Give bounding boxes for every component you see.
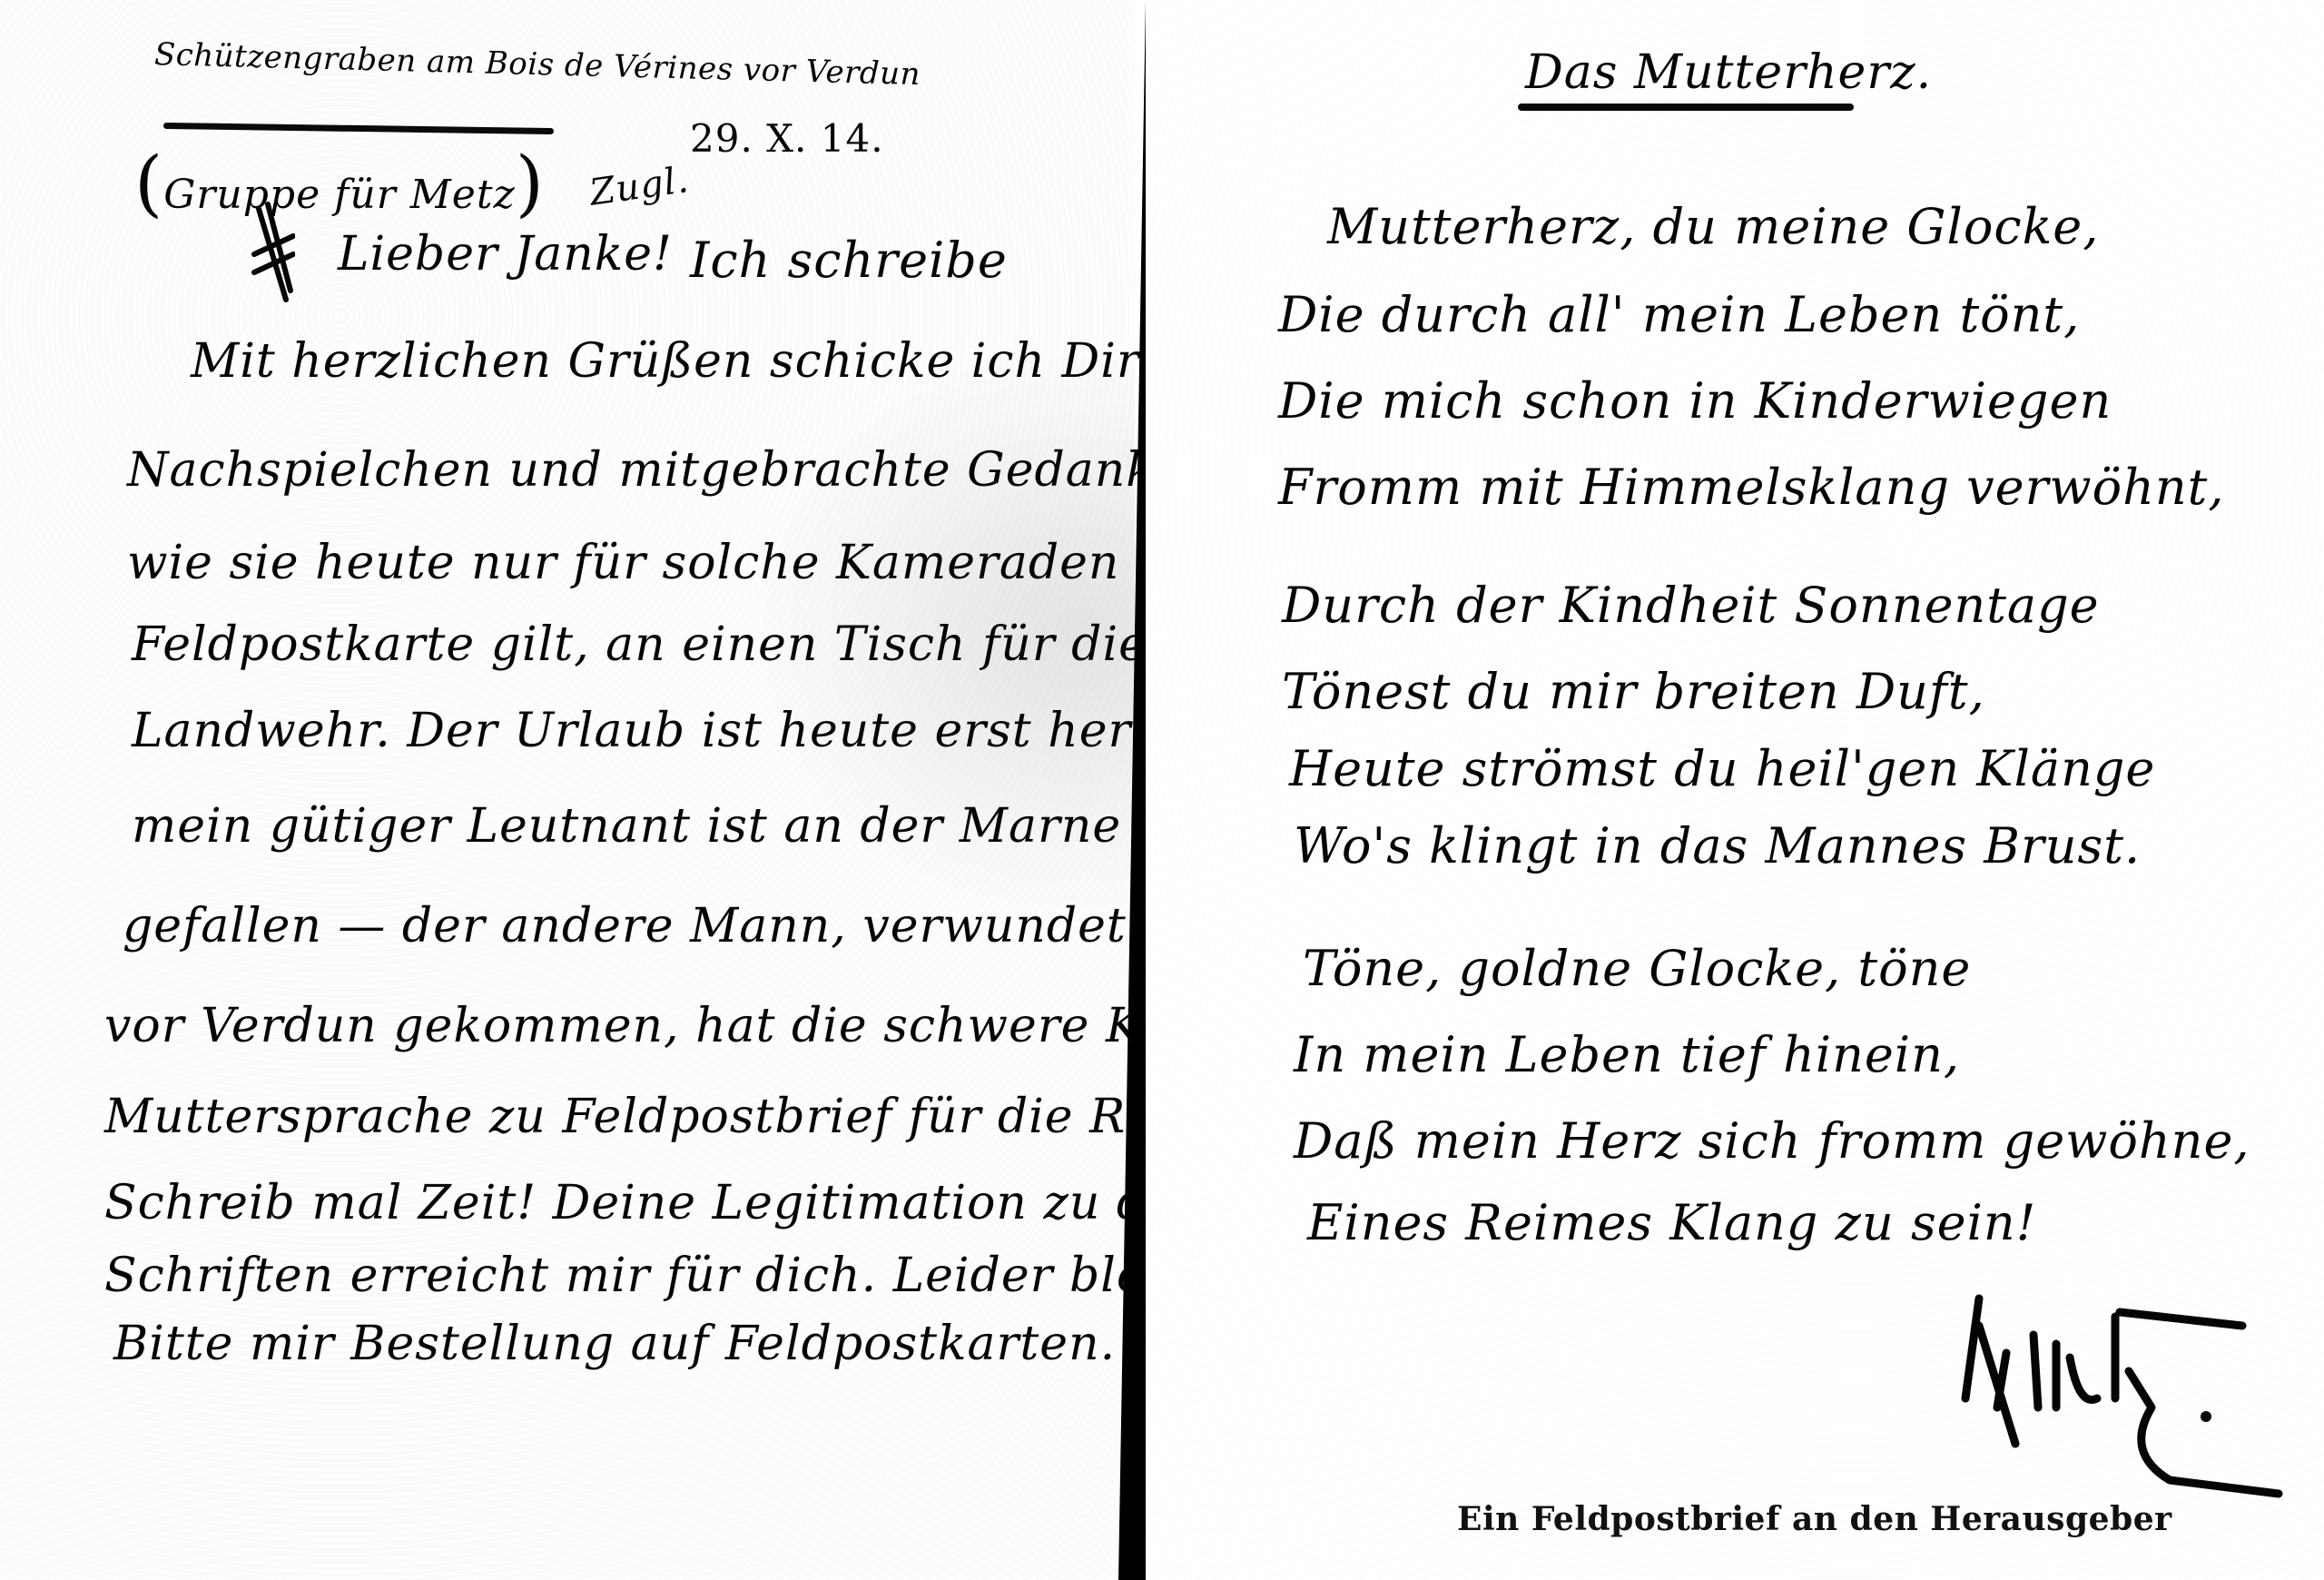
poem-line: Tönest du mir breiten Duft, — [1282, 663, 1985, 720]
scribble-icon — [250, 200, 295, 309]
printed-caption: Ein Feldpostbrief an den Herausgeber — [1457, 1500, 2172, 1538]
margin-note-2: Ich schreibe — [690, 232, 1008, 289]
letter-line: Landwehr. Der Urlaub ist heute erst heru… — [132, 704, 1225, 758]
letter-line: gefallen — der andere Mann, verwundet — [123, 899, 1127, 953]
poem-line: Durch der Kindheit Sonnentage — [1282, 577, 2100, 634]
poem-title: Das Mutterherz. — [1525, 45, 1932, 100]
signature: Walter Flex. — [1943, 1271, 2288, 1498]
letter-header-location: Schützengraben am Bois de Vérines vor Ve… — [153, 36, 921, 93]
left-page: Schützengraben am Bois de Vérines vor Ve… — [0, 0, 1135, 1580]
poem-line: Mutterherz, du meine Glocke, — [1327, 198, 2099, 255]
letter-line: wie sie heute nur für solche Kameraden a… — [127, 536, 1206, 590]
poem-line: Daß mein Herz sich fromm gewöhne, — [1294, 1112, 2250, 1170]
title-underline — [1518, 104, 1854, 111]
crossed-out-mark — [250, 200, 295, 309]
poem-line: Die mich schon in Kinderwiegen — [1278, 372, 2112, 430]
poem-line: Wo's klingt in das Mannes Brust. — [1294, 817, 2141, 874]
letter-line: Bitte mir Bestellung auf Feldpostkarten. — [113, 1317, 1116, 1371]
paren-close: ) — [516, 141, 545, 225]
salutation: Lieber Janke! — [338, 227, 673, 281]
poem-line: Heute strömst du heil'gen Klänge — [1289, 740, 2155, 797]
poem-line: In mein Leben tief hinein, — [1294, 1026, 1960, 1083]
signature-flourish-icon — [1943, 1271, 2288, 1498]
poem-line: Eines Reimes Klang zu sein! — [1307, 1194, 2036, 1251]
header-underline — [163, 123, 554, 134]
poem-line: Töne, goldne Glocke, töne — [1303, 940, 1971, 997]
letter-line: Schreib mal Zeit! Deine Legitimation zu … — [104, 1176, 1207, 1230]
letter-line: Feldpostkarte gilt, an einen Tisch für d… — [132, 617, 1147, 672]
letter-line: mein gütiger Leutnant ist an der Marne — [132, 799, 1121, 854]
poem-line: Fromm mit Himmelsklang verwöhnt, — [1278, 459, 2225, 516]
margin-note: Zugl. — [587, 159, 692, 214]
poem-line: Die durch all' mein Leben tönt, — [1278, 286, 2080, 343]
paren-open: ( — [134, 141, 163, 225]
poem-title-block: Das Mutterherz. — [1525, 45, 1932, 111]
group-note-text: Gruppe für Metz — [163, 172, 515, 218]
group-note: (Gruppe für Metz) — [134, 141, 545, 225]
letter-line: Schriften erreicht mir für dich. Leider … — [104, 1249, 1228, 1303]
letter-date: 29. X. 14. — [690, 116, 884, 161]
